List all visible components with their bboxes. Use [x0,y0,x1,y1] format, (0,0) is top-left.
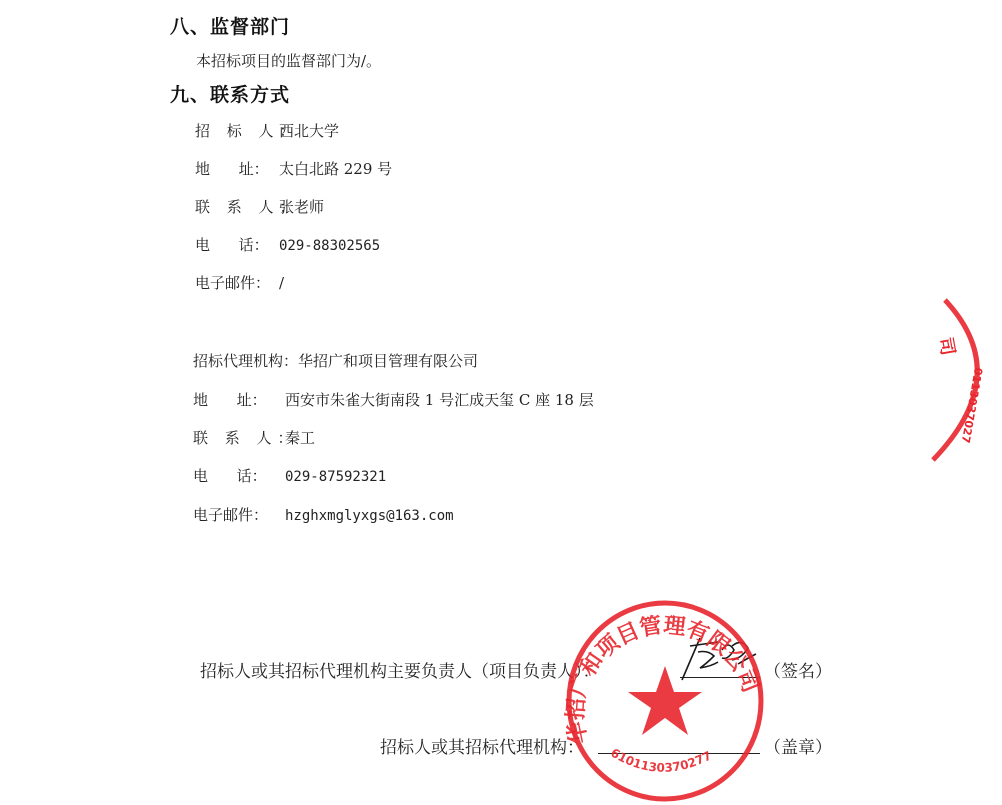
section-8-body: 本招标项目的监督部门为/。 [196,50,381,71]
svg-text:0113037027: 0113037027 [959,366,985,444]
agency-name-row: 招标代理机构：华招广和项目管理有限公司 [193,350,478,371]
tenderer-email-label: 电子邮件： [195,272,279,293]
handwritten-signature [670,628,770,688]
section-8-heading: 八、监督部门 [170,12,290,39]
tenderer-email-row: 电子邮件：/ [195,272,284,293]
tenderer-email-value: / [279,274,284,292]
agency-name-value: 华招广和项目管理有限公司 [298,352,478,370]
tenderer-name-label: 招 标 人： [195,120,279,141]
agency-address-value: 西安市朱雀大街南段 1 号汇成天玺 C 座 18 层 [285,391,594,409]
agency-email-row: 电子邮件：hzghxmglyxgs@163.com [193,504,454,525]
stamp-code: 6101130370277 [608,746,714,775]
agency-contact-value: 秦工 [285,429,315,447]
seal-line [598,753,760,754]
tenderer-name-row: 招 标 人：西北大学 [195,120,339,141]
tenderer-phone-label: 电 话： [195,234,279,255]
tenderer-contact-row: 联 系 人：张老师 [195,196,324,217]
signature-line [680,677,760,678]
tenderer-phone-row: 电 话：029-88302565 [195,234,380,255]
tenderer-contact-label: 联 系 人： [195,196,279,217]
svg-text:6101130370277: 6101130370277 [608,746,714,775]
agency-contact-label: 联 系 人： [193,427,285,448]
svg-text:司: 司 [934,336,958,357]
tenderer-address-row: 地 址：太白北路 229 号 [195,158,392,179]
tenderer-address-value: 太白北路 229 号 [279,160,392,178]
company-seal-stamp: 华招广和项目管理有限公司 6101130370277 [560,598,770,805]
agency-email-label: 电子邮件： [193,504,285,525]
org-seal-label: 招标人或其招标代理机构： [380,733,584,758]
agency-address-label: 地 址： [193,389,285,410]
agency-phone-label: 电 话： [193,465,285,486]
tenderer-address-label: 地 址： [195,158,279,179]
agency-phone-value: 029-87592321 [285,469,386,485]
agency-email-value: hzghxmglyxgs@163.com [285,508,454,524]
section-9-heading: 九、联系方式 [170,80,290,107]
agency-contact-row: 联 系 人：秦工 [193,427,315,448]
agency-name-label: 招标代理机构： [193,352,298,370]
signature-suffix: （签名） [764,657,832,682]
partial-seal-stamp: 司 0113037027 [925,295,1002,465]
responsible-person-label: 招标人或其招标代理机构主要负责人（项目负责人）： [200,657,600,682]
agency-address-row: 地 址：西安市朱雀大街南段 1 号汇成天玺 C 座 18 层 [193,389,594,410]
tenderer-name-value: 西北大学 [279,122,339,140]
agency-phone-row: 电 话：029-87592321 [193,465,386,486]
tenderer-contact-value: 张老师 [279,198,324,216]
tenderer-phone-value: 029-88302565 [279,238,380,254]
seal-suffix: （盖章） [764,733,832,758]
